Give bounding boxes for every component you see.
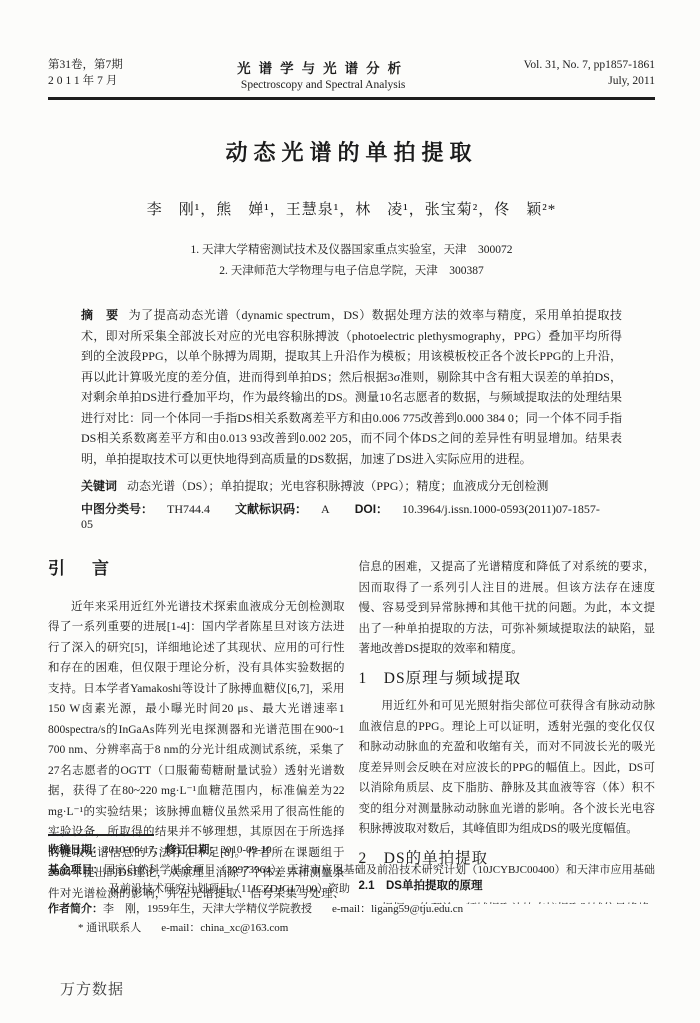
- journal-title-block: 光谱学与光谱分析 Spectroscopy and Spectral Analy…: [237, 57, 409, 91]
- bio-email: e-mail：ligang59@tju.edu.cn: [332, 903, 463, 915]
- intro-heading: 引 言: [48, 559, 345, 580]
- dates-row: 收稿日期：2010-06-17，修订日期：2010-09-10: [48, 841, 655, 861]
- received-label: 收稿日期：: [48, 844, 103, 856]
- revised-value: 2010-09-10: [220, 844, 271, 856]
- header-rule: [48, 97, 655, 100]
- received-value: 2010-06-17，: [103, 844, 165, 856]
- author-bio-row: 作者简介：李 刚，1959年生，天津大学精仪学院教授e-mail：ligang5…: [48, 900, 655, 920]
- doc-code-value: A: [321, 502, 330, 516]
- doi-label: DOI：: [355, 502, 388, 516]
- journal-header: 第31卷，第7期 2011年7月 光谱学与光谱分析 Spectroscopy a…: [48, 0, 655, 91]
- keywords-label: 关键词: [81, 479, 117, 493]
- affiliations: 1. 天津大学精密测试技术及仪器国家重点实验室，天津 300072 2. 天津师…: [48, 240, 655, 282]
- section-1-paragraph: 用近红外和可见光照射指尖部位可获得含有脉动动脉血液信息的PPG。理论上可以证明，…: [359, 696, 656, 840]
- paper-page: 第31卷，第7期 2011年7月 光谱学与光谱分析 Spectroscopy a…: [0, 0, 700, 1023]
- wanfang-watermark: 万方数据: [60, 978, 124, 999]
- abstract-block: 摘 要为了提高动态光谱（dynamic spectrum，DS）数据处理方法的效…: [81, 305, 622, 469]
- journal-title-cn: 光谱学与光谱分析: [237, 57, 409, 77]
- journal-date-cn: 2011年7月: [48, 73, 123, 89]
- journal-vol-issue-cn: 第31卷，第7期: [48, 57, 123, 73]
- doc-code-pair: 文献标识码：A: [235, 502, 330, 516]
- footnote-rule: [48, 834, 154, 836]
- revised-label: 修订日期：: [165, 844, 220, 856]
- page-content: 第31卷，第7期 2011年7月 光谱学与光谱分析 Spectroscopy a…: [0, 0, 700, 904]
- journal-title-en: Spectroscopy and Spectral Analysis: [237, 79, 409, 91]
- corresponding-email: e-mail：china_xc@163.com: [161, 922, 288, 934]
- footnote-block: 收稿日期：2010-06-17，修订日期：2010-09-10 基金项目：国家自…: [48, 834, 655, 939]
- bio-label: 作者简介：: [48, 903, 103, 915]
- corresponding-marker: * 通讯联系人: [78, 922, 141, 934]
- corresponding-author-row: * 通讯联系人e-mail：china_xc@163.com: [48, 919, 655, 939]
- author-line: 李 刚¹，熊 婵¹，王慧泉¹，林 凌¹，张宝菊²，佟 颖²*: [48, 198, 655, 219]
- clc-pair: 中图分类号：TH744.4: [81, 502, 210, 516]
- bio-text: 李 刚，1959年生，天津大学精仪学院教授: [103, 903, 312, 915]
- keywords-block: 关键词动态光谱（DS）；单拍提取；光电容积脉搏波（PPG）；精度；血液成分无创检…: [81, 476, 622, 496]
- abstract-label: 摘 要: [81, 308, 119, 322]
- journal-date-en: July, 2011: [524, 73, 655, 89]
- intro-continuation-paragraph: 信息的困难，又提高了光谱精度和降低了对系统的要求，因而取得了一系列引人注目的进展…: [359, 557, 656, 660]
- journal-issue-cn: 第31卷，第7期 2011年7月: [48, 57, 123, 89]
- doc-code-label: 文献标识码：: [235, 502, 307, 516]
- fund-text: 国家自然科学基金项目（30973964），天津市应用基础及前沿技术研究计划（10…: [104, 864, 655, 896]
- classification-line: 中图分类号：TH744.4 文献标识码：A DOI：10.3964/j.issn…: [81, 500, 622, 532]
- section-1-heading: 1 DS原理与频域提取: [359, 669, 656, 690]
- journal-vol-issue-en: Vol. 31, No. 7, pp1857-1861: [524, 57, 655, 73]
- clc-value: TH744.4: [167, 502, 210, 516]
- abstract-text: 为了提高动态光谱（dynamic spectrum，DS）数据处理方法的效率与精…: [81, 308, 622, 466]
- affiliation-2: 2. 天津师范大学物理与电子信息学院，天津 300387: [48, 261, 655, 282]
- fund-row: 基金项目：国家自然科学基金项目（30973964），天津市应用基础及前沿技术研究…: [48, 861, 655, 900]
- article-title: 动态光谱的单拍提取: [48, 136, 655, 167]
- fund-label: 基金项目：: [48, 864, 104, 876]
- clc-label: 中图分类号：: [81, 502, 153, 516]
- journal-issue-en: Vol. 31, No. 7, pp1857-1861 July, 2011: [524, 57, 655, 89]
- keywords-text: 动态光谱（DS）；单拍提取；光电容积脉搏波（PPG）；精度；血液成分无创检测: [127, 479, 548, 493]
- affiliation-1: 1. 天津大学精密测试技术及仪器国家重点实验室，天津 300072: [48, 240, 655, 261]
